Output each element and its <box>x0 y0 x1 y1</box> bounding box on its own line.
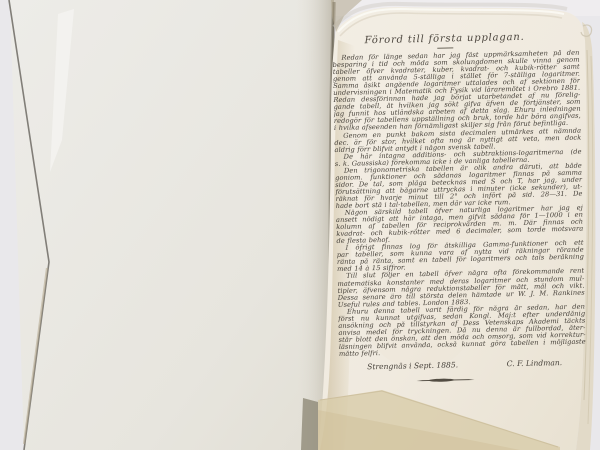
paragraph: Den trigonometriska tabellen är olik and… <box>335 162 583 210</box>
preface-text-block: Förord till första upplagan. Redan för l… <box>332 31 587 384</box>
paragraph: Redan för länge sedan har jag fäst uppmä… <box>332 50 581 133</box>
paragraph: Ehuru denna tabell varit färdig för någr… <box>338 303 586 358</box>
signature-place: Strengnäs i Sept. 1885. <box>367 360 458 371</box>
preface-paragraphs: Redan för länge sedan har jag fäst uppmä… <box>332 50 586 358</box>
paragraph: Till slut följer en tabell öfver några o… <box>337 268 585 309</box>
signature-row: Strengnäs i Sept. 1885. C. F. Lindman. <box>339 358 586 372</box>
paragraph: Någon särskild tabell öfver naturliga lo… <box>336 205 584 246</box>
bottom-gutter-sliver <box>301 398 318 450</box>
title-rule <box>437 47 453 48</box>
left-blank-page <box>10 0 334 450</box>
book-photo: Förord till första upplagan. Redan för l… <box>0 0 600 450</box>
signature-name: C. F. Lindman. <box>507 358 563 368</box>
